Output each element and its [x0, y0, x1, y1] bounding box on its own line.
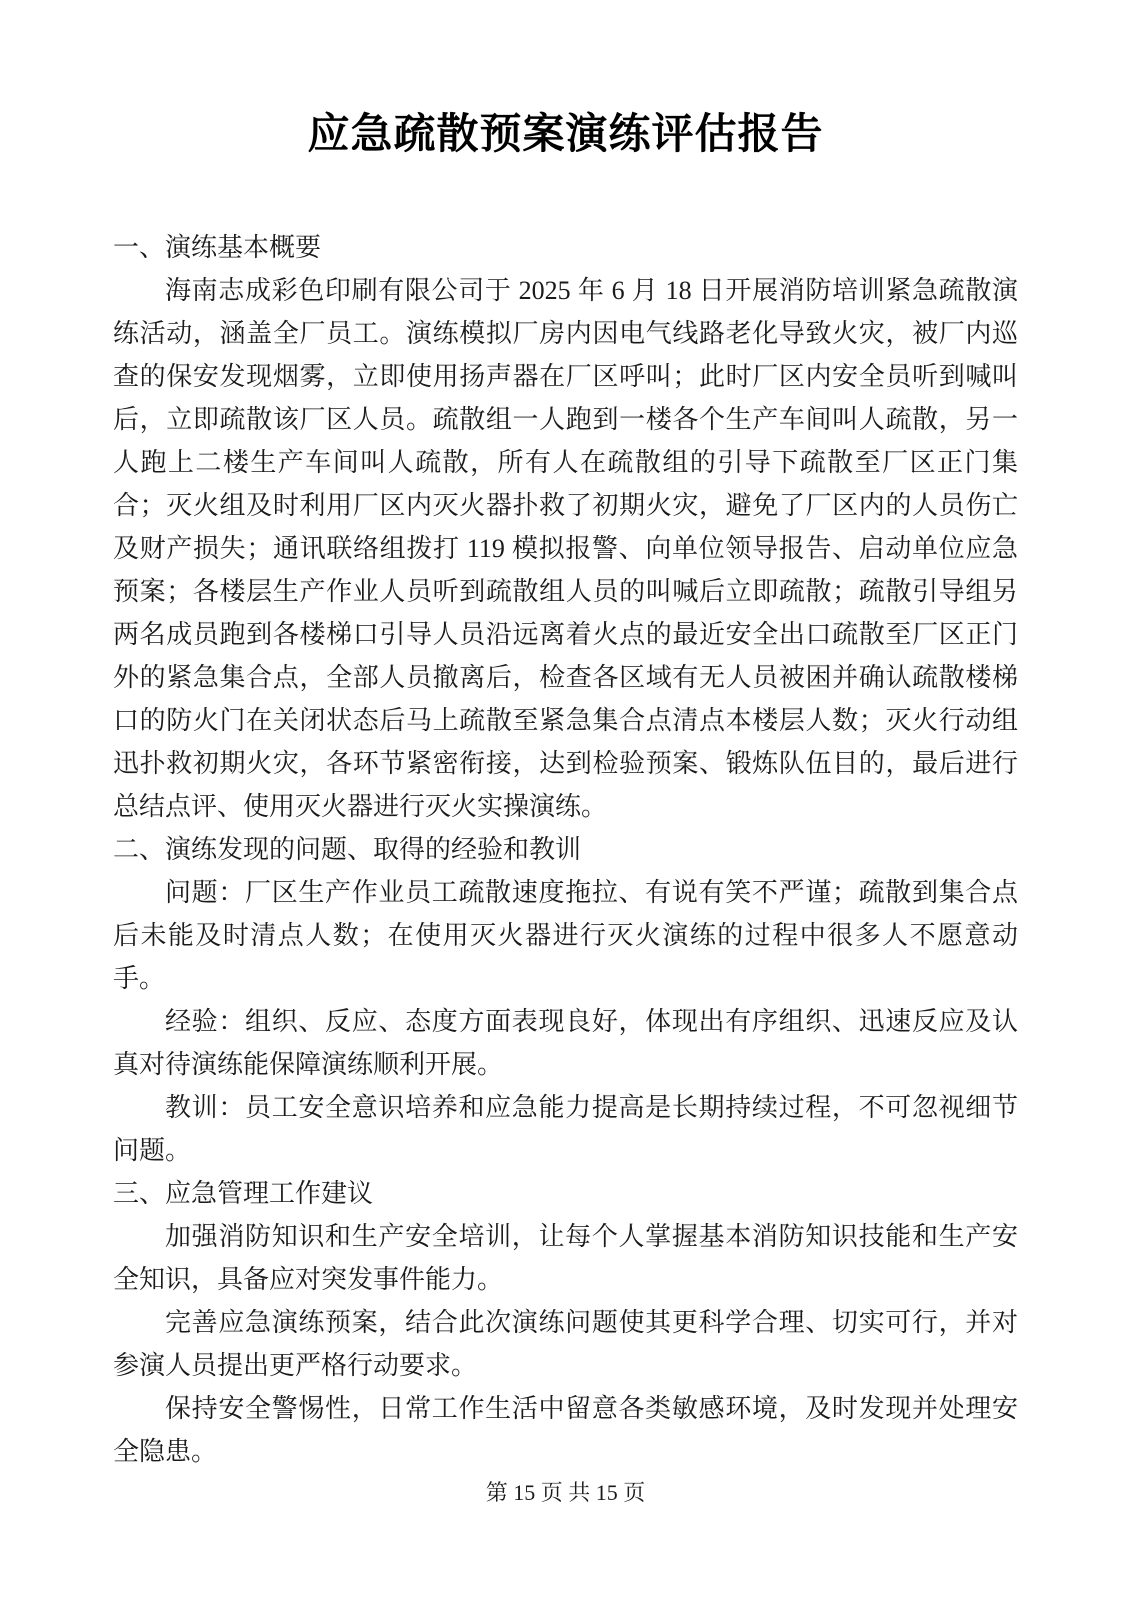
paragraph: 问题：厂区生产作业员工疏散速度拖拉、有说有笑不严谨；疏散到集合点后未能及时清点人…: [113, 871, 1018, 1000]
paragraph: 加强消防知识和生产安全培训，让每个人掌握基本消防知识技能和生产安全知识，具备应对…: [113, 1215, 1018, 1301]
section-heading-1: 一、演练基本概要: [113, 226, 1018, 269]
section-heading-3: 三、应急管理工作建议: [113, 1172, 1018, 1215]
section-heading-2: 二、演练发现的问题、取得的经验和教训: [113, 828, 1018, 871]
paragraph: 经验：组织、反应、态度方面表现良好，体现出有序组织、迅速反应及认真对待演练能保障…: [113, 1000, 1018, 1086]
document-title: 应急疏散预案演练评估报告: [113, 104, 1018, 164]
paragraph: 教训：员工安全意识培养和应急能力提高是长期持续过程，不可忽视细节问题。: [113, 1086, 1018, 1172]
document-page: 应急疏散预案演练评估报告 一、演练基本概要 海南志成彩色印刷有限公司于 2025…: [0, 0, 1131, 1600]
paragraph: 保持安全警惕性，日常工作生活中留意各类敏感环境，及时发现并处理安全隐患。: [113, 1387, 1018, 1473]
page-number-indicator: 第 15 页 共 15 页: [0, 1478, 1131, 1508]
paragraph: 海南志成彩色印刷有限公司于 2025 年 6 月 18 日开展消防培训紧急疏散演…: [113, 269, 1018, 828]
paragraph: 完善应急演练预案，结合此次演练问题使其更科学合理、切实可行，并对参演人员提出更严…: [113, 1301, 1018, 1387]
